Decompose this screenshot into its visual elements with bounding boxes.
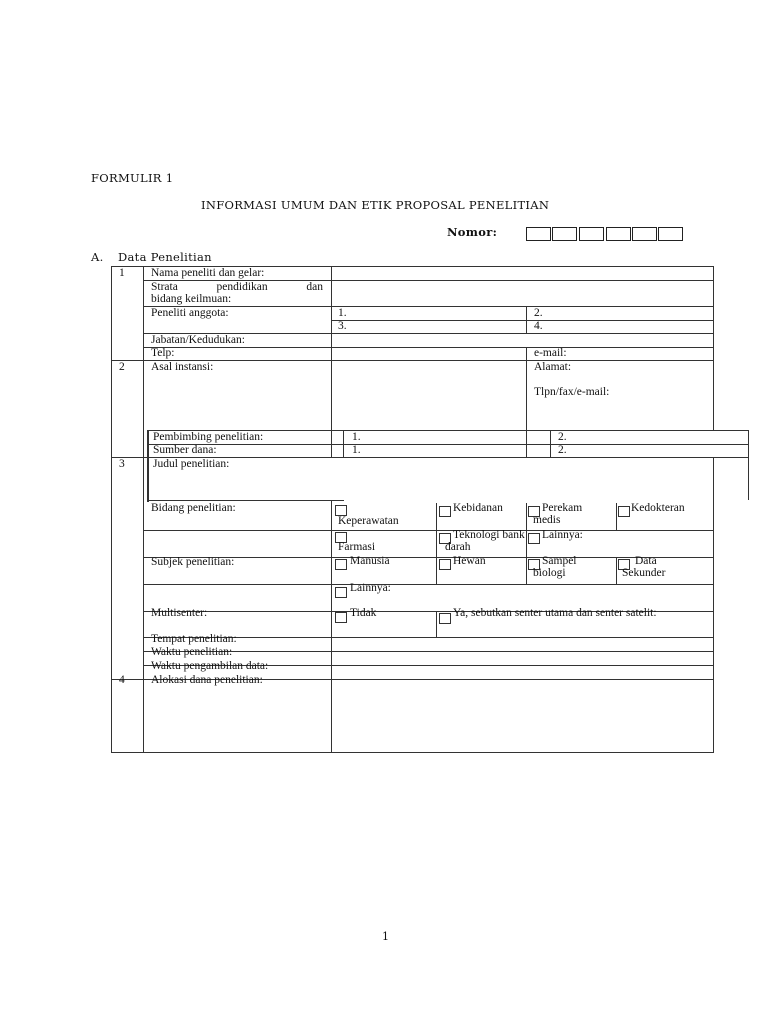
checkbox-manusia[interactable] [335,559,347,570]
option-sampel-biologi: Sampel biologi [533,555,603,579]
judul-label: Judul penelitian: [153,458,229,470]
nomor-digit-box[interactable] [658,227,683,241]
sumber-slot-2[interactable]: 2. [558,444,567,456]
alamat-label: Alamat: [534,361,571,373]
anggota-slot-2[interactable]: 2. [534,307,543,319]
option-divider [616,503,617,530]
nomor-digit-box[interactable] [579,227,604,241]
option-subjek-lainnya: Lainnya: [350,582,391,594]
peneliti-anggota-label: Peneliti anggota: [151,307,229,319]
pembimbing-slot-1[interactable]: 1. [352,431,361,443]
telp-label: Telp: [151,347,174,359]
kontak-label: Tlpn/fax/e-mail: [534,386,609,398]
checkbox-tidak[interactable] [335,612,347,623]
row-number: 3 [119,458,125,470]
row-line [147,500,344,501]
row-number: 4 [119,674,125,686]
telp-field[interactable] [332,348,525,359]
subjek-label: Subjek penelitian: [151,556,234,568]
nomor-digit-box[interactable] [606,227,631,241]
table-border-bottom [111,752,713,753]
row-number: 2 [119,361,125,373]
multisenter-label: Multisenter: [151,607,207,619]
section-letter: A. [91,250,104,264]
option-ya-multisenter: Ya, sebutkan senter utama dan senter sat… [444,607,708,619]
table-inner-border [147,430,149,502]
tempat-label: Tempat penelitian: [151,633,237,645]
pembimbing-slot-2[interactable]: 2. [558,431,567,443]
jabatan-label: Jabatan/Kedudukan: [151,334,245,346]
strata-word: Strata [151,281,178,293]
strata-field[interactable] [332,281,712,305]
option-divider [616,557,617,584]
asal-instansi-label: Asal instansi: [151,361,213,373]
nomor-digit-box[interactable] [526,227,551,241]
option-hewan: Hewan [453,555,486,567]
row-line [143,584,713,585]
alokasi-label: Alokasi dana penelitian: [151,674,263,686]
section-title: Data Penelitian [118,250,212,264]
option-bidang-lainnya: Lainnya: [542,529,583,541]
checkbox-hewan[interactable] [439,559,451,570]
table-border-right [713,457,714,753]
option-divider [436,503,437,584]
judul-field[interactable] [150,472,710,498]
waktu-label: Waktu penelitian: [151,646,232,658]
tempat-field[interactable] [332,638,712,650]
row-line [147,444,748,445]
nama-peneliti-label: Nama peneliti dan gelar: [151,267,264,279]
checkbox-bidang-lainnya[interactable] [528,533,540,544]
option-divider [526,503,527,584]
bidang-label: Bidang penelitian: [151,502,236,514]
anggota-slot-4[interactable]: 4. [534,320,543,332]
strata-word: pendidikan [217,281,268,293]
option-data-sekunder: Data Sekunder [622,555,692,579]
row-number: 1 [119,267,125,279]
option-tidak: Tidak [350,607,376,619]
anggota-slot-1[interactable]: 1. [338,307,347,319]
pengambilan-field[interactable] [332,666,712,678]
form-label: FORMULIR 1 [91,171,173,185]
alokasi-field[interactable] [332,680,712,751]
option-kedokteran: Kedokteran [631,502,685,514]
nomor-digit-box[interactable] [552,227,577,241]
option-divider [436,611,437,637]
jabatan-field[interactable] [332,334,712,346]
email-label: e-mail: [534,347,567,359]
nomor-label: Nomor: [447,225,497,239]
page-title: INFORMASI UMUM DAN ETIK PROPOSAL PENELIT… [201,198,549,212]
row-line [143,530,713,531]
option-perekam-medis: Perekam medis [533,502,608,526]
asal-instansi-field[interactable] [332,361,525,429]
row-line [331,320,713,321]
checkbox-kedokteran[interactable] [618,506,630,517]
option-keperawatan: Keperawatan [338,515,399,527]
page-number: 1 [382,931,389,943]
table-overflow-border [748,430,749,500]
option-manusia: Manusia [350,555,390,567]
pengambilan-label: Waktu pengambilan data: [151,660,268,672]
strata-label-line2: bidang keilmuan: [151,293,231,305]
checkbox-subjek-lainnya[interactable] [335,587,347,598]
option-farmasi: Farmasi [338,541,375,553]
nomor-digit-box[interactable] [632,227,657,241]
strata-word: dan [306,281,323,293]
nama-peneliti-field[interactable] [332,267,712,279]
sumber-dana-label: Sumber dana: [153,444,217,456]
pembimbing-label: Pembimbing penelitian: [153,431,263,443]
option-kebidanan: Kebidanan [453,502,503,514]
option-teknologi-bank-darah: Teknologi bank darah [445,529,525,553]
waktu-field[interactable] [332,652,712,664]
strata-label-line1: Strata pendidikan dan [151,281,323,293]
checkbox-kebidanan[interactable] [439,506,451,517]
anggota-slot-3[interactable]: 3. [338,320,347,332]
table-divider-email [526,347,527,458]
table-border-right [713,266,714,431]
sumber-slot-1[interactable]: 1. [352,444,361,456]
